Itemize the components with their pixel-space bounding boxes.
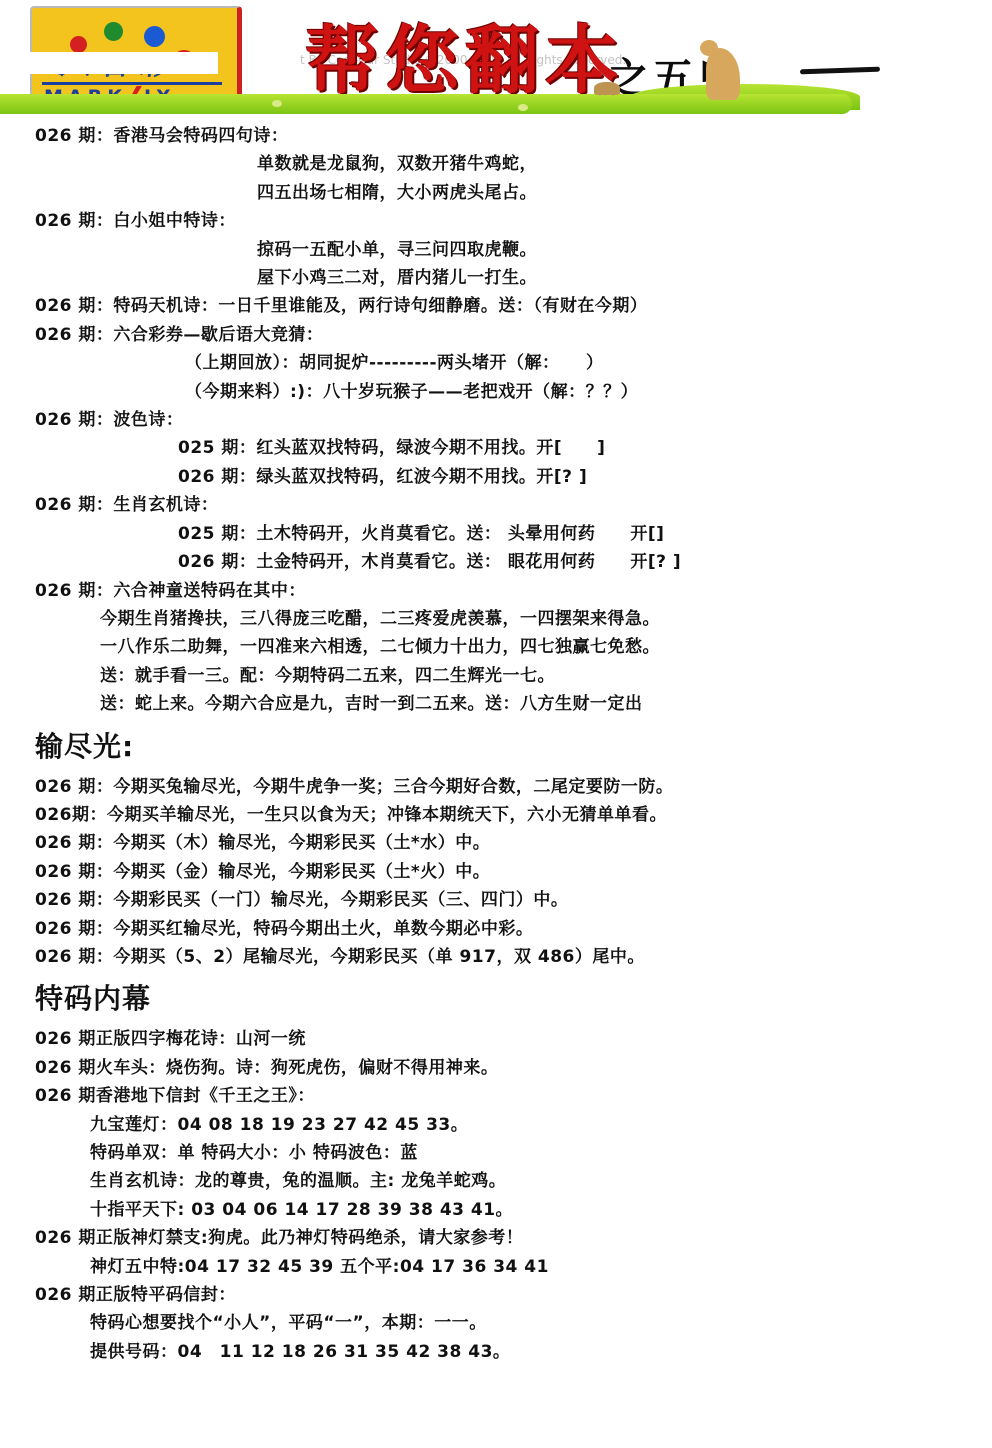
section-heading: 输尽光:	[35, 730, 982, 764]
text-line: 送：就手看一三。配：今期特码二五来，四二生辉光一七。	[100, 662, 982, 690]
page: 六合彩 MARK IX t By Cool-Car Studio @2000-2…	[0, 0, 992, 1448]
text-line: 送：蛇上来。今期六合应是九，吉时一到二五来。送：八方生财一定出	[100, 690, 982, 718]
text-line: 026 期香港地下信封《千王之王》：	[35, 1082, 982, 1110]
text-line: 026 期：特码天机诗：一日千里谁能及，两行诗句细静磨。送：（有财在今期）	[35, 292, 982, 320]
text-line: 026 期正版四字梅花诗：山河一统	[35, 1025, 982, 1053]
text-line: （今期来料）:)：八十岁玩猴子——老把戏开（解：？？）	[185, 378, 982, 406]
text-line: 今期生肖猪搀扶，三八得庞三吃醋，二三疼爱虎羡慕，一四摆架来得急。	[100, 605, 982, 633]
logo-dot-icon	[144, 26, 165, 47]
text-line: 四五出场七相隋，大小两虎头尾占。	[257, 179, 982, 207]
text-line: （上期回放）：胡同捉炉---------两头堵开（解： ）	[185, 349, 982, 377]
text-line: 单数就是龙鼠狗，双数开猪牛鸡蛇，	[257, 150, 982, 178]
text-line: 特码心想要找个“小人”，平码“一”，本期：一一。	[90, 1309, 982, 1337]
text-line: 026 期：今期买兔输尽光，今期牛虎争一奖；三合今期好合数，二尾定要防一防。	[35, 773, 982, 801]
text-line: 神灯五中特:04 17 32 45 39 五个平:04 17 36 34 41	[90, 1253, 982, 1281]
text-line: 026 期：香港马会特码四句诗：	[35, 122, 982, 150]
text-line: 026 期：土金特码开，木肖莫看它。送： 眼花用何药 开[? ]	[178, 548, 982, 576]
text-line: 026 期：绿头蓝双找特码，红波今期不用找。开[? ]	[178, 463, 982, 491]
text-line: 026 期正版神灯禁支:狗虎。此乃神灯特码绝杀，请大家参考！	[35, 1224, 982, 1252]
text-line: 掠码一五配小单，寻三问四取虎鞭。	[257, 236, 982, 264]
page-title: 帮您翻本	[305, 2, 625, 108]
text-line: 026 期：今期买（金）输尽光，今期彩民买（土*火）中。	[35, 858, 982, 886]
content-lines: 026 期：香港马会特码四句诗：单数就是龙鼠狗，双数开猪牛鸡蛇，四五出场七相隋，…	[0, 118, 992, 1366]
text-line: 026 期：今期买红输尽光，特码今期出土火，单数今期必中彩。	[35, 915, 982, 943]
logo-white-cover	[18, 52, 218, 74]
text-line: 026 期：六合神童送特码在其中：	[35, 577, 982, 605]
text-line: 九宝莲灯：04 08 18 19 23 27 42 45 33。	[90, 1111, 982, 1139]
text-line: 026 期：生肖玄机诗：	[35, 491, 982, 519]
text-line: 025 期：土木特码开，火肖莫看它。送： 头晕用何药 开[]	[178, 520, 982, 548]
text-line: 提供号码：04 11 12 18 26 31 35 42 38 43。	[90, 1338, 982, 1366]
text-line: 生肖玄机诗：龙的尊贵，兔的温顺。主: 龙兔羊蛇鸡。	[90, 1167, 982, 1195]
title-brush-stroke	[800, 67, 880, 75]
text-line: 026 期：六合彩券—歇后语大竞猜：	[35, 321, 982, 349]
header-banner: 六合彩 MARK IX t By Cool-Car Studio @2000-2…	[0, 0, 992, 118]
text-line: 026 期：波色诗：	[35, 406, 982, 434]
text-line: 屋下小鸡三二对，厝内猪儿一打生。	[257, 264, 982, 292]
text-line: 026 期：今期买（5、2）尾输尽光，今期彩民买（单 917，双 486）尾中。	[35, 943, 982, 971]
text-line: 026 期：白小姐中特诗：	[35, 207, 982, 235]
text-line: 026 期：今期买（木）输尽光，今期彩民买（土*水）中。	[35, 829, 982, 857]
logo-dot-icon	[70, 36, 87, 53]
logo-divider	[42, 82, 222, 85]
text-line: 026 期火车头：烧伤狗。诗：狗死虎伤，偏财不得用神来。	[35, 1054, 982, 1082]
text-line: 十指平天下: 03 04 06 14 17 28 39 38 43 41。	[90, 1196, 982, 1224]
text-line: 026期：今期买羊输尽光，一生只以食为天；冲锋本期统天下，六小无猜单单看。	[35, 801, 982, 829]
section-heading: 特码内幕	[35, 982, 982, 1016]
text-line: 特码单双：单 特码大小：小 特码波色：蓝	[90, 1139, 982, 1167]
logo-dot-icon	[104, 22, 123, 41]
camel-figure	[594, 82, 620, 95]
text-line: 026 期正版特平码信封：	[35, 1281, 982, 1309]
text-line: 025 期：红头蓝双找特码，绿波今期不用找。开[ ]	[178, 434, 982, 462]
text-line: 026 期：今期彩民买（一门）输尽光，今期彩民买（三、四门）中。	[35, 886, 982, 914]
text-line: 一八作乐二助舞，一四准来六相透，二七倾力十出力，四七独赢七免愁。	[100, 633, 982, 661]
grass-dot	[518, 104, 528, 111]
grass-dot	[272, 100, 282, 107]
